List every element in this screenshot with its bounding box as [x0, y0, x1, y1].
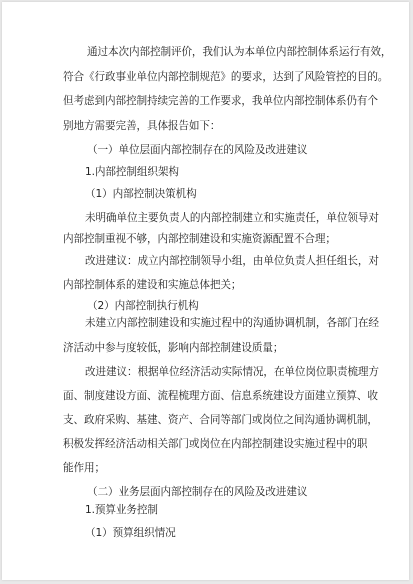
- text-line: 能作用；: [63, 461, 105, 475]
- text-line: 符合《行政事业单位内部控制规范》的要求，达到了风险管控的目的。: [63, 70, 388, 84]
- text-line: 济活动中参与度较低，影响内部控制建设质量；: [63, 341, 283, 355]
- text-line: 积极发挥经济活动相关部门或岗位在内部控制建设实施过程中的职: [63, 437, 367, 451]
- text-line: 内部控制重视不够，内部控制建设和实施资源配置不合理；: [63, 232, 336, 246]
- text-line: 面、制度建设方面、流程梳理方面、信息系统建设方面建立预算、收: [63, 389, 378, 403]
- text-line: 未建立内部控制建设和实施过程中的沟通协调机制，各部门在经: [85, 316, 379, 330]
- text-line: 别地方需要完善，具体报告如下：: [63, 119, 220, 133]
- text-line: （二）业务层面内部控制存在的风险及改进建议: [87, 485, 307, 499]
- text-line: 未明确单位主要负责人的内部控制建立和实施责任，单位领导对: [85, 211, 379, 225]
- text-line: （2）内部控制执行机构: [87, 299, 199, 313]
- text-line: （1）内部控制决策机构: [85, 187, 197, 201]
- document-page: 通过本次内部控制评价，我们认为本单位内部控制体系运行有效，符合《行政事业单位内部…: [2, 2, 409, 580]
- text-line: 1.内部控制组织架构: [85, 165, 179, 179]
- text-line: （1）预算组织情况: [85, 526, 176, 540]
- text-line: 1.预算业务控制: [85, 503, 158, 517]
- text-line: 改进建议：根据单位经济活动实际情况，在单位岗位职责梳理方: [85, 365, 379, 379]
- text-line: 但考虑到内部控制持续完善的工作要求，我单位内部控制体系仍有个: [63, 94, 378, 108]
- text-line: 内部控制体系的建设和实施总体把关；: [63, 278, 241, 292]
- text-line: 通过本次内部控制评价，我们认为本单位内部控制体系运行有效，: [87, 45, 391, 59]
- text-line: 支、政府采购、基建、资产、合同等部门或岗位之间沟通协调机制，: [63, 413, 378, 427]
- text-line: 改进建议：成立内部控制领导小组，由单位负责人担任组长，对: [85, 254, 379, 268]
- text-line: （一）单位层面内部控制存在的风险及改进建议: [87, 143, 307, 157]
